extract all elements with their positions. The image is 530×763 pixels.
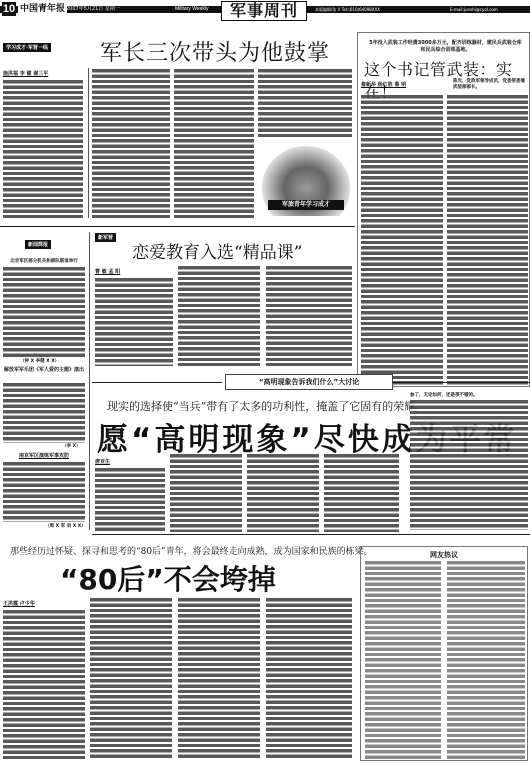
comments-col-1: [365, 561, 441, 759]
english-section-title: Military Weekly: [175, 6, 209, 13]
issue-date: 2007年5月21日 星期一: [66, 6, 120, 13]
article-love-education: 新军营 恋爱教育入选“精品课” 曹 敏 孟 阳: [92, 230, 355, 370]
article-lead: 陈光、党政军领导成员，党委常委兼武装部部长。: [453, 79, 528, 90]
article-deck: 那些经历过怀疑、探寻和思考的“80后”青年，将会最终走向成熟，成为国家和民族的栋…: [10, 544, 373, 557]
editor-line: 本版编辑/张 X Tel:(010)64098XXX: [315, 6, 380, 13]
news-item-3-title: 南京军区演练军事攻防: [3, 452, 85, 459]
news-item-3-credit: （周 X 军 刘 X X）: [45, 523, 86, 529]
article-byline: 王洪霞 卢少华: [3, 600, 35, 607]
article-body-col-3: [178, 598, 260, 760]
article-byline: 施洪福 李 健 谢三平: [3, 70, 48, 77]
section-title: 军事周刊: [221, 1, 307, 21]
continued-col-title: 参了，无论如何，还是很不错的。: [410, 392, 478, 398]
article-body-col-2: [90, 598, 172, 760]
article-label: 新军营: [95, 233, 116, 242]
article-headline: 恋爱教育入选“精品课”: [132, 238, 302, 263]
section-divider: [92, 534, 530, 535]
article-body-col-5: [410, 400, 528, 530]
article-body-col-4: [266, 598, 352, 760]
article-body-col-2: [447, 95, 528, 385]
article-general-applause: 学习成才·军营一线 军长三次带头为他鼓掌 施洪福 李 健 谢三平 军旅青年学习成…: [0, 28, 355, 223]
article-kicker: 学习成才·军营一线: [3, 43, 51, 52]
sidebar-netizen-comments: 网友热议: [360, 546, 528, 761]
article-80s-generation: 那些经历过怀疑、探寻和思考的“80后”青年，将会最终走向成熟，成为国家和民族的栋…: [0, 538, 355, 763]
article-gaoming-continued: 参了，无论如何，还是很不错的。: [408, 392, 530, 532]
article-deck: 5年投入武装工作经费3000多万元，配齐训练器材，建民兵武装仓库和民兵综合训练基…: [368, 40, 523, 54]
photo-caption: 军旅青年学习成才: [268, 200, 344, 210]
article-body-col-2: [92, 69, 170, 218]
news-item-1-credit: （钟 X 李健 X X）: [20, 358, 59, 364]
news-item-2-title: 解放军军乐团《军人爱的主题》演出: [3, 367, 85, 374]
banner-rule-right: [393, 382, 530, 383]
article-byline: 唐亚生: [95, 458, 110, 465]
article-body-col-4: [324, 454, 399, 532]
news-item-2-credit: （李 X）: [62, 443, 81, 449]
article-body-col-2: [170, 454, 242, 532]
sidebar-title: 网友热议: [361, 550, 527, 560]
sidebar-divider: [89, 232, 90, 530]
article-body-col-1: [95, 278, 173, 366]
article-headline: 军长三次带头为他鼓掌: [100, 36, 330, 67]
comments-col-2: [447, 561, 525, 759]
page-number: 10: [2, 2, 16, 16]
discussion-banner: “高明现象告诉我们什么”大讨论: [225, 374, 393, 390]
column-divider: [88, 68, 89, 218]
article-body-col-1: [361, 95, 443, 385]
article-body-col-3: [266, 266, 352, 366]
article-deck: 现实的选择使“当兵”带有了太多的功利性，掩盖了它固有的荣耀。: [107, 398, 426, 414]
article-body-col-3: [247, 454, 319, 532]
sidebar-label: 新闻简报: [25, 240, 51, 249]
article-body-col-1: [3, 80, 83, 218]
article-body-col-1: [95, 468, 165, 532]
banner-rule-left: [92, 382, 222, 383]
news-item-1-body: [3, 267, 85, 357]
article-gaoming-phenomenon: 现实的选择使“当兵”带有了太多的功利性，掩盖了它固有的荣耀。 愿“高明现象”尽快…: [92, 392, 402, 532]
article-body-col-1: [3, 610, 85, 760]
masthead: 10 中国青年报 2007年5月21日 星期一 Military Weekly …: [0, 0, 530, 22]
article-headline: “80后”不会垮掉: [60, 558, 276, 598]
article-byline: 曹 敏 孟 阳: [95, 268, 120, 275]
contact-email: E-mail:junshi@cyol.com: [450, 6, 498, 13]
news-item-2-body: [3, 383, 85, 443]
news-item-1-title: 北京军区部分机关和部队联谊举行: [3, 258, 85, 264]
article-byline: 詹新华 杨红胜 鲁 明: [361, 81, 406, 88]
news-item-3-body: [3, 462, 85, 522]
section-divider: [0, 226, 355, 227]
article-body-col-2: [178, 266, 260, 366]
article-secretary-armed-forces: 5年投入武装工作经费3000多万元，配齐训练器材，建民兵武装仓库和民兵综合训练基…: [357, 32, 530, 387]
sidebar-news-briefs: 新闻简报 北京军区部分机关和部队联谊举行 （钟 X 李健 X X） 解放军军乐团…: [0, 230, 88, 530]
article-body-col-4: [258, 69, 352, 137]
paper-name: 中国青年报: [18, 1, 67, 14]
article-body-col-3: [174, 69, 254, 218]
